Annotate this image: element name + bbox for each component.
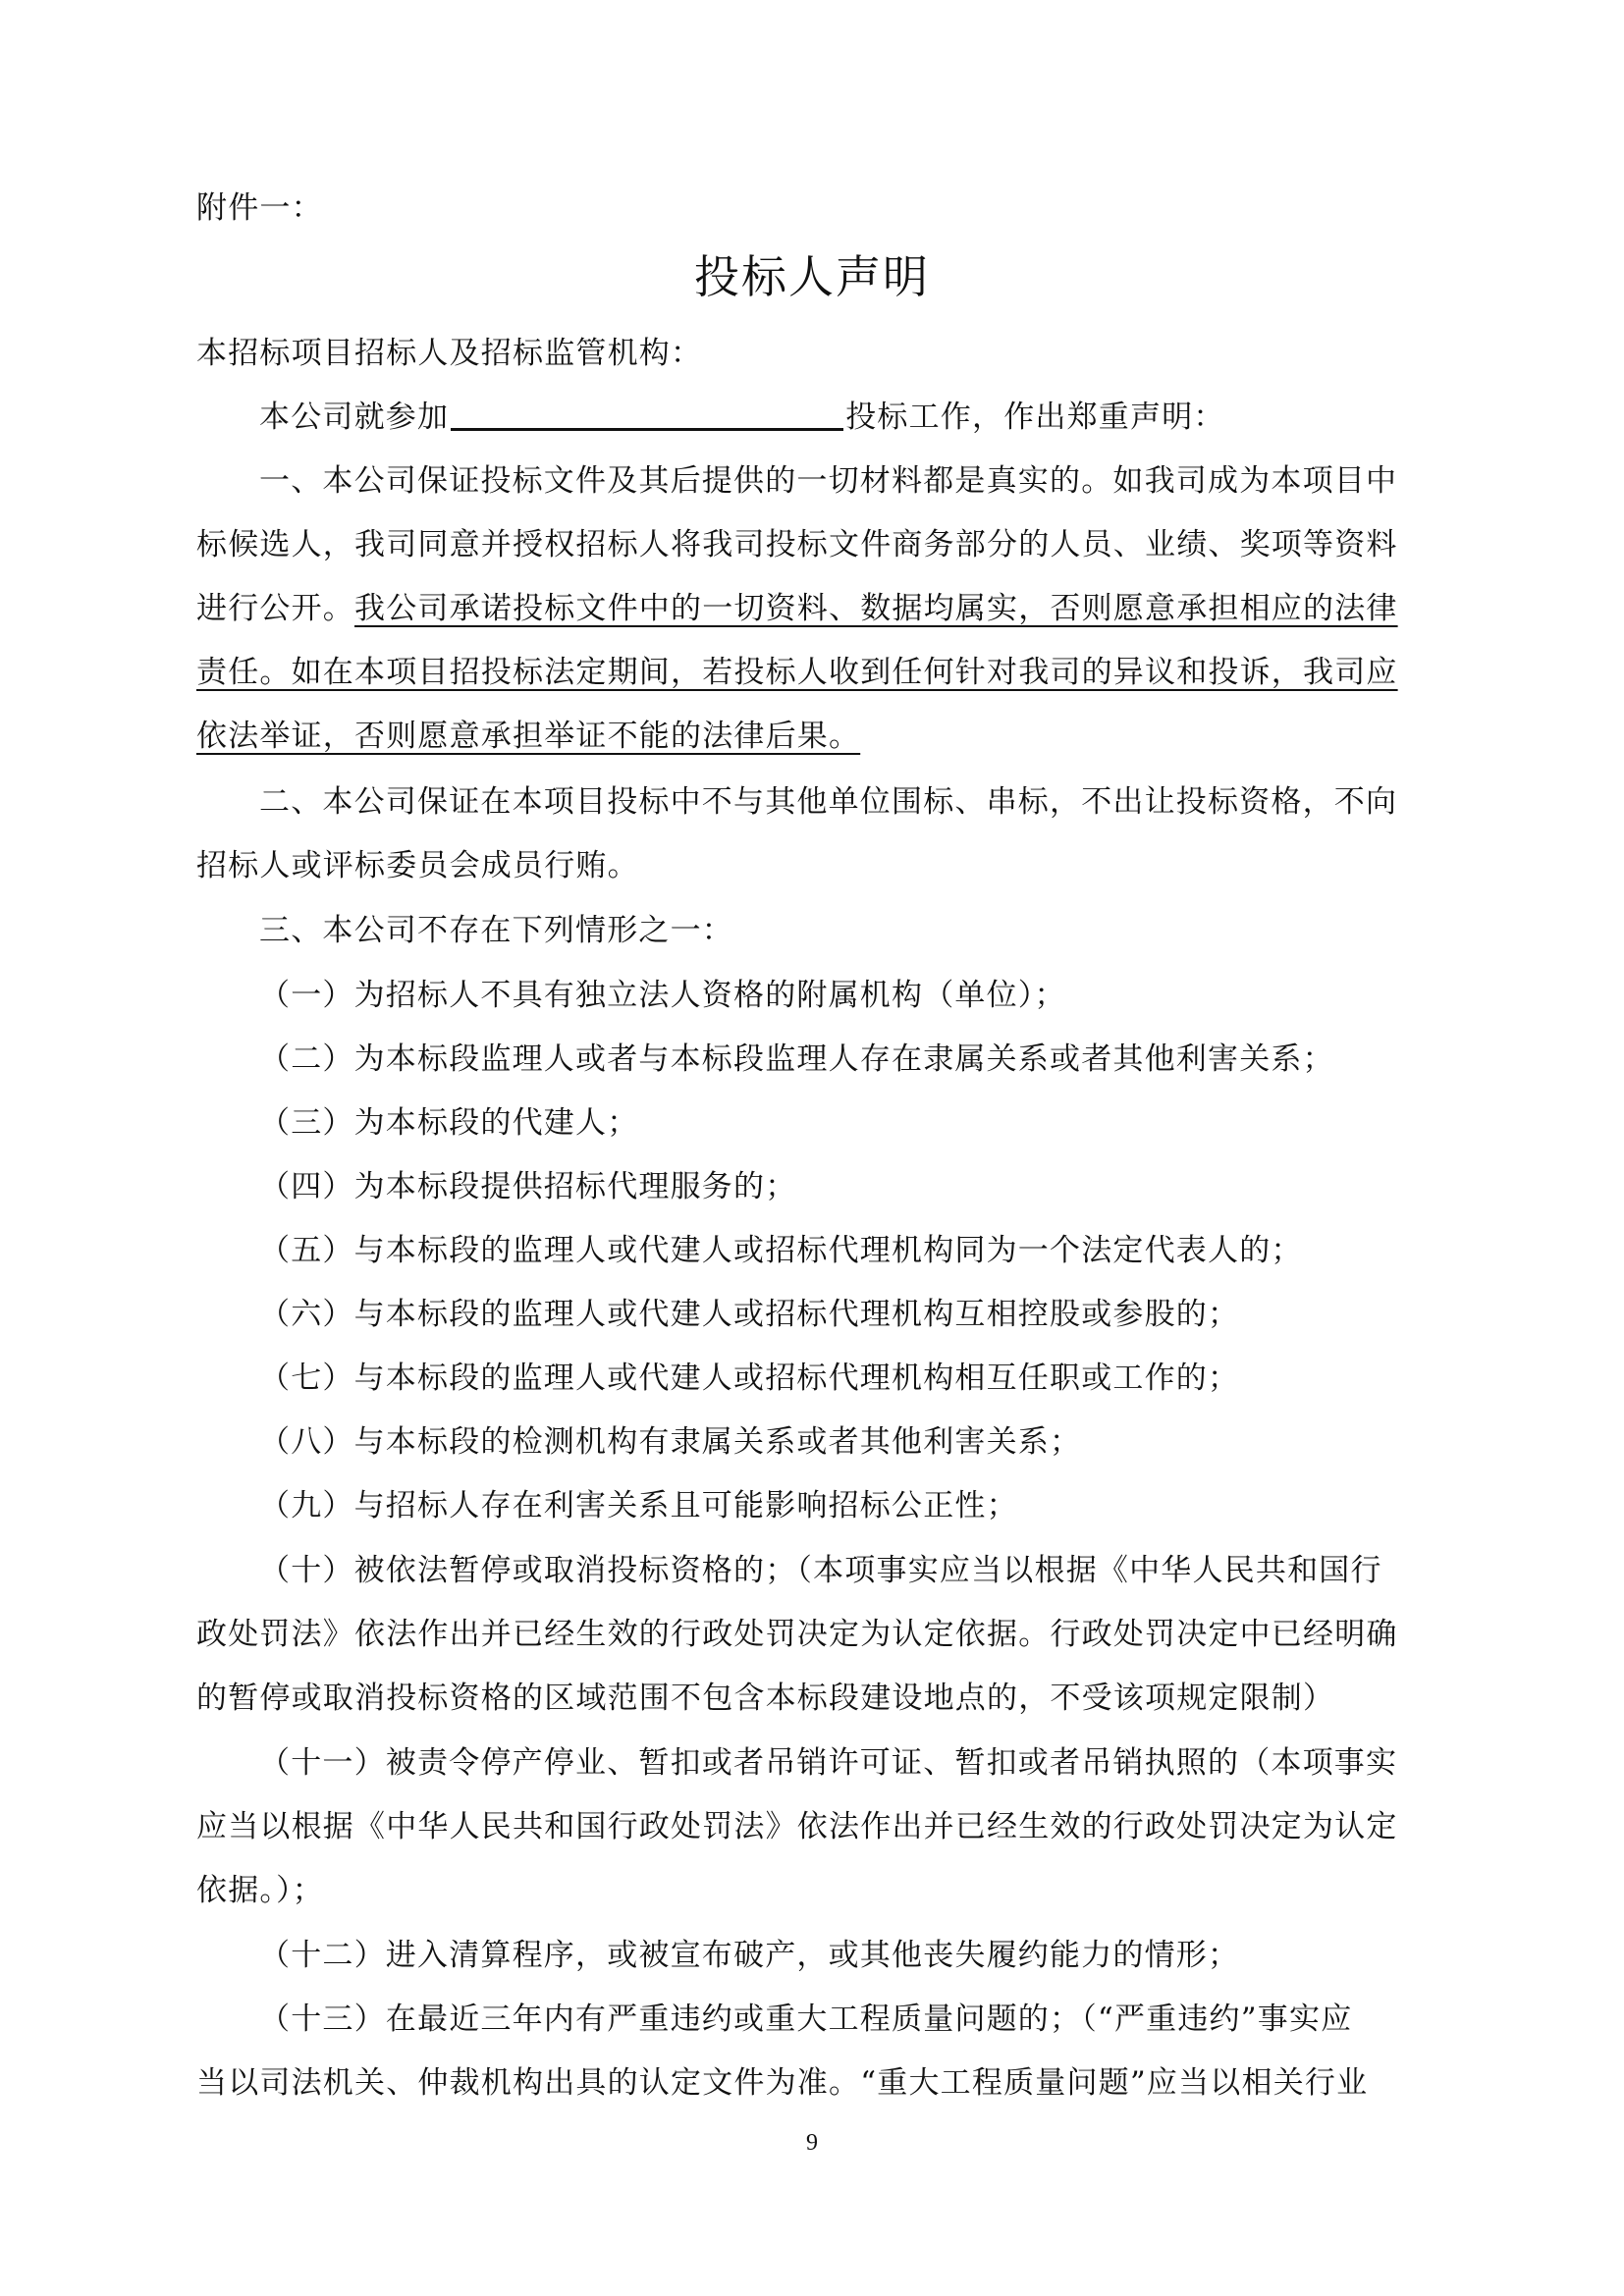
- list-item-9: （九）与招标人存在利害关系且可能影响招标公正性；: [259, 1486, 1496, 1525]
- intro-before-blank: 本公司就参加: [259, 400, 449, 435]
- list-item-8: （八）与本标段的检测机构有隶属关系或者其他利害关系；: [259, 1422, 1496, 1462]
- list-item-11-line2: 应当以根据《中华人民共和国行政处罚法》依法作出并已经生效的行政处罚决定为认定: [196, 1807, 1434, 1846]
- list-item-1: （一）为招标人不具有独立法人资格的附属机构（单位）；: [259, 976, 1496, 1015]
- section2-line2: 招标人或评标委员会成员行贿。: [196, 846, 1434, 885]
- list-item-13-line1: （十三）在最近三年内有严重违约或重大工程质量问题的；（“严重违约”事实应: [259, 2000, 1434, 2039]
- page-number: 9: [0, 2128, 1624, 2158]
- section1-line2: 标候选人，我司同意并授权招标人将我司投标文件商务部分的人员、业绩、奖项等资料: [196, 525, 1434, 564]
- section1-line5: 依法举证，否则愿意承担举证不能的法律后果。: [196, 717, 1434, 756]
- list-item-3: （三）为本标段的代建人；: [259, 1103, 1496, 1143]
- addressee: 本招标项目招标人及招标监管机构：: [196, 334, 1434, 373]
- intro-line: 本公司就参加投标工作，作出郑重声明：: [259, 398, 1496, 437]
- page-title: 投标人声明: [0, 247, 1624, 306]
- document-page: 附件一： 投标人声明 本招标项目招标人及招标监管机构： 本公司就参加投标工作，作…: [0, 0, 1624, 2296]
- commitment-underlined-text-3: 依法举证，否则愿意承担举证不能的法律后果。: [196, 719, 860, 754]
- section1-line3-plain: 进行公开。: [196, 591, 354, 626]
- list-item-10-line3: 的暂停或取消投标资格的区域范围不包含本标段建设地点的，不受该项规定限制）: [196, 1679, 1434, 1718]
- section1-line1: 一、本公司保证投标文件及其后提供的一切材料都是真实的。如我司成为本项目中: [259, 461, 1434, 501]
- intro-after-blank: 投标工作，作出郑重声明：: [845, 400, 1224, 435]
- commitment-underlined-text: 我公司承诺投标文件中的一切资料、数据均属实，否则愿意承担相应的法律: [354, 591, 1398, 626]
- list-item-12: （十二）进入清算程序，或被宣布破产，或其他丧失履约能力的情形；: [259, 1936, 1496, 1975]
- section1-line3: 进行公开。我公司承诺投标文件中的一切资料、数据均属实，否则愿意承担相应的法律: [196, 589, 1434, 628]
- section2-line1: 二、本公司保证在本项目投标中不与其他单位围标、串标，不出让投标资格，不向: [259, 782, 1496, 822]
- list-item-5: （五）与本标段的监理人或代建人或招标代理机构同为一个法定代表人的；: [259, 1231, 1496, 1270]
- project-name-blank[interactable]: [451, 399, 843, 431]
- list-item-11-line3: 依据。）；: [196, 1871, 1434, 1910]
- section1-line4: 责任。如在本项目招投标法定期间，若投标人收到任何针对我司的异议和投诉，我司应: [196, 653, 1434, 692]
- commitment-underlined-text-2: 责任。如在本项目招投标法定期间，若投标人收到任何针对我司的异议和投诉，我司应: [196, 655, 1398, 690]
- list-item-10-line1: （十）被依法暂停或取消投标资格的；（本项事实应当以根据《中华人民共和国行: [259, 1551, 1434, 1590]
- list-item-7: （七）与本标段的监理人或代建人或招标代理机构相互任职或工作的；: [259, 1359, 1496, 1398]
- list-item-6: （六）与本标段的监理人或代建人或招标代理机构互相控股或参股的；: [259, 1295, 1496, 1334]
- list-item-4: （四）为本标段提供招标代理服务的；: [259, 1167, 1496, 1206]
- list-item-11-line1: （十一）被责令停产停业、暂扣或者吊销许可证、暂扣或者吊销执照的（本项事实: [259, 1743, 1434, 1783]
- section3-heading: 三、本公司不存在下列情形之一：: [259, 911, 1496, 950]
- list-item-2: （二）为本标段监理人或者与本标段监理人存在隶属关系或者其他利害关系；: [259, 1040, 1496, 1079]
- attachment-label: 附件一：: [196, 188, 1434, 228]
- list-item-10-line2: 政处罚法》依法作出并已经生效的行政处罚决定为认定依据。行政处罚决定中已经明确: [196, 1615, 1434, 1654]
- list-item-13-line2: 当以司法机关、仲裁机构出具的认定文件为准。“重大工程质量问题”应当以相关行业: [196, 2063, 1434, 2103]
